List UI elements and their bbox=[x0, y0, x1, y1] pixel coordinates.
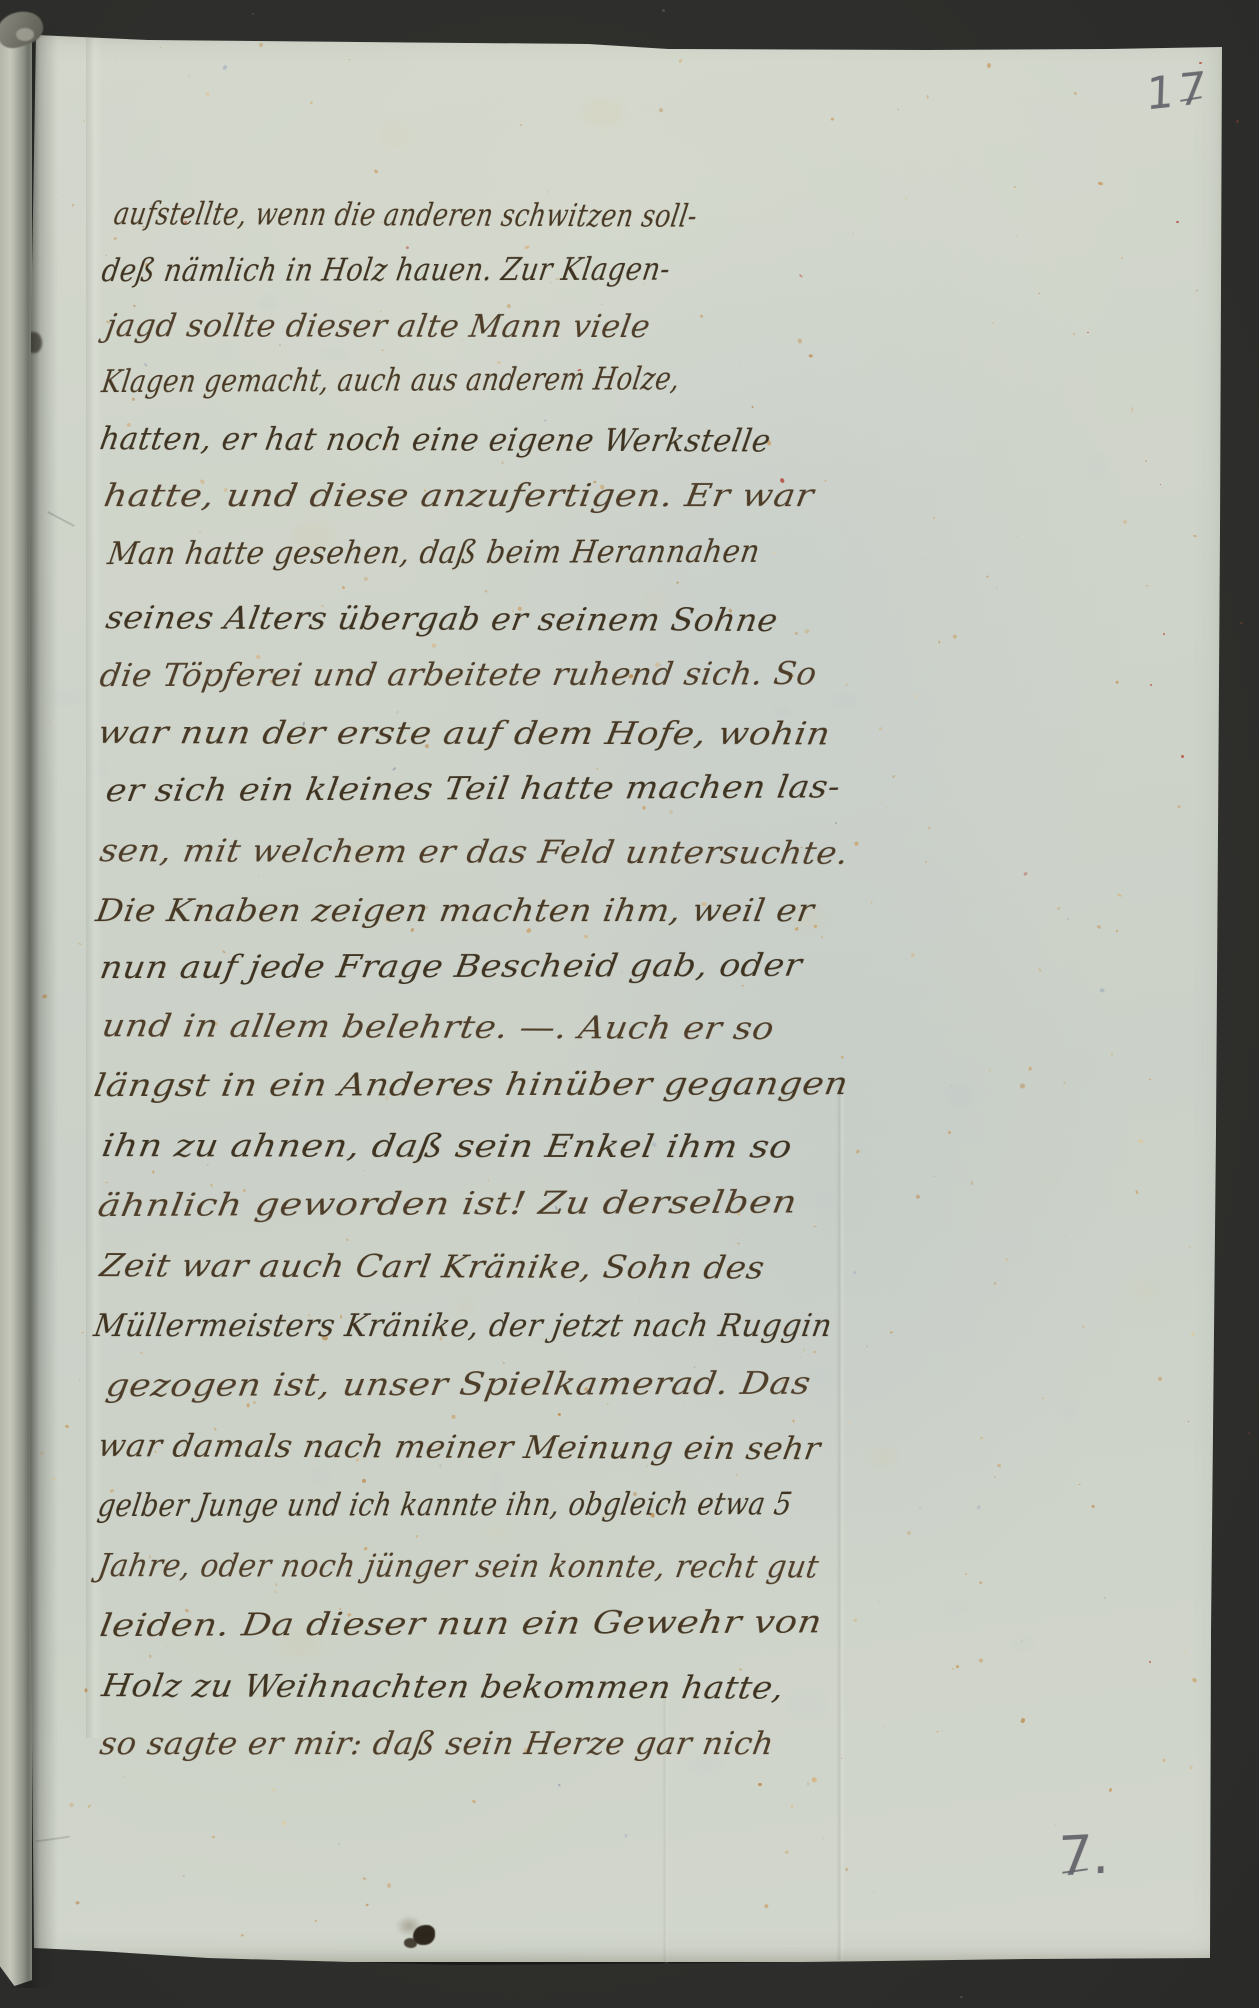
paper-speckle bbox=[651, 44, 652, 45]
dust-speck bbox=[662, 9, 665, 12]
dust-speck bbox=[252, 13, 254, 15]
dust-speck bbox=[1248, 1432, 1250, 1434]
marks-layer: 17 7. bbox=[28, 32, 1224, 1962]
sheet-number-pencil: 7. bbox=[1057, 1823, 1110, 1889]
binding-clip-highlight bbox=[16, 28, 34, 41]
ink-blot-small bbox=[404, 1938, 417, 1948]
dust-speck bbox=[1236, 120, 1239, 123]
page-edge-sliver bbox=[0, 26, 32, 1986]
dust-speck bbox=[1240, 622, 1243, 624]
archival-scan-background: aufstellte, wenn die anderen schwitzen s… bbox=[0, 0, 1259, 2008]
page-number-pencil: 17 bbox=[1145, 62, 1210, 120]
paper-fiber bbox=[36, 1836, 70, 1843]
dust-speck bbox=[960, 1996, 963, 1998]
paper-fiber bbox=[47, 511, 74, 527]
manuscript-page: aufstellte, wenn die anderen schwitzen s… bbox=[28, 32, 1224, 1962]
